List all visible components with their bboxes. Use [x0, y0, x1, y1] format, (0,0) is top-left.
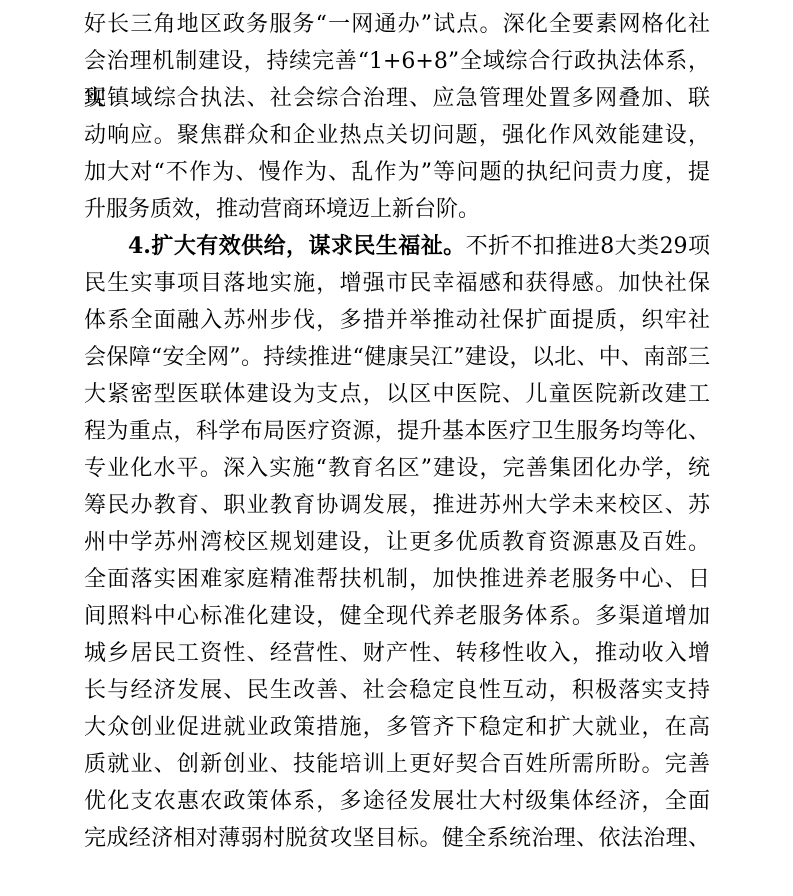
text-line: 4.扩大有效供给，谋求民生福祉。不折不扣推进8大类29项 — [84, 228, 710, 265]
text-line: 长与经济发展、民生改善、社会稳定良性互动，积极落实支持 — [84, 672, 710, 709]
text-line: 会保障“安全网”。持续推进“健康吴江”建设，以北、中、南部三 — [84, 339, 710, 376]
text-line: 会治理机制建设，持续完善“1+6+8”全域综合行政执法体系，实 — [84, 43, 710, 80]
text-line: 好长三角地区政务服务“一网通办”试点。深化全要素网格化社 — [84, 6, 710, 43]
text-line: 质就业、创新创业、技能培训上更好契合百姓所需所盼。完善 — [84, 746, 710, 783]
text-line: 现镇域综合执法、社会综合治理、应急管理处置多网叠加、联 — [84, 80, 710, 117]
document-text-block: 好长三角地区政务服务“一网通办”试点。深化全要素网格化社会治理机制建设，持续完善… — [84, 6, 710, 857]
paragraph-heading: 4.扩大有效供给，谋求民生福祉。 — [128, 233, 466, 259]
text-line: 大众创业促进就业政策措施，多管齐下稳定和扩大就业，在高 — [84, 709, 710, 746]
text-line: 升服务质效，推动营商环境迈上新台阶。 — [84, 191, 710, 228]
text-line: 间照料中心标准化建设，健全现代养老服务体系。多渠道增加 — [84, 598, 710, 635]
text-line: 大紧密型医联体建设为支点，以区中医院、儿童医院新改建工 — [84, 376, 710, 413]
text-line: 城乡居民工资性、经营性、财产性、转移性收入，推动收入增 — [84, 635, 710, 672]
text-line: 动响应。聚焦群众和企业热点关切问题，强化作风效能建设， — [84, 117, 710, 154]
text-line: 优化支农惠农政策体系，多途径发展壮大村级集体经济，全面 — [84, 783, 710, 820]
text-line: 民生实事项目落地实施，增强市民幸福感和获得感。加快社保 — [84, 265, 710, 302]
text-line: 加大对“不作为、慢作为、乱作为”等问题的执纪问责力度，提 — [84, 154, 710, 191]
document-page: 好长三角地区政务服务“一网通办”试点。深化全要素网格化社会治理机制建设，持续完善… — [0, 0, 793, 896]
text-line: 体系全面融入苏州步伐，多措并举推动社保扩面提质，织牢社 — [84, 302, 710, 339]
text-line: 筹民办教育、职业教育协调发展，推进苏州大学未来校区、苏 — [84, 487, 710, 524]
text-line: 州中学苏州湾校区规划建设，让更多优质教育资源惠及百姓。 — [84, 524, 710, 561]
text-line: 程为重点，科学布局医疗资源，提升基本医疗卫生服务均等化、 — [84, 413, 710, 450]
text-line: 专业化水平。深入实施“教育名区”建设，完善集团化办学，统 — [84, 450, 710, 487]
paragraph-text: 不折不扣推进8大类29项 — [466, 234, 710, 259]
text-line: 全面落实困难家庭精准帮扶机制，加快推进养老服务中心、日 — [84, 561, 710, 598]
text-line: 完成经济相对薄弱村脱贫攻坚目标。健全系统治理、依法治理、 — [84, 820, 710, 857]
